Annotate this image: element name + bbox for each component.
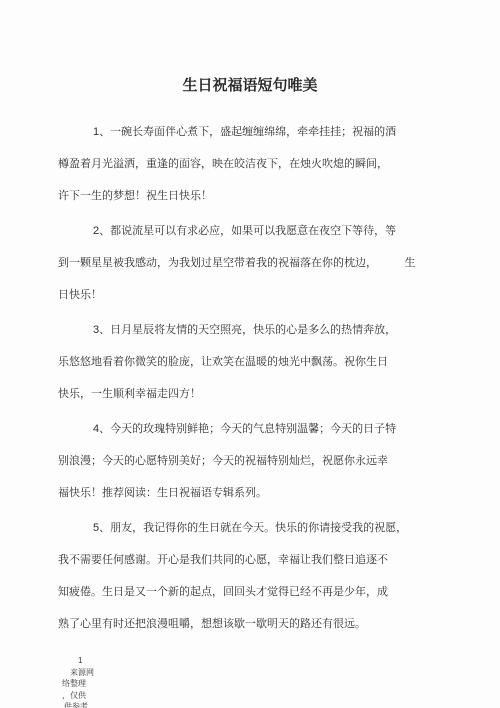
- footer-line-2: 来源网: [62, 667, 94, 679]
- paragraph-5-line-4: 熟了心里有时还把浪漫咀嚼，想想该歇一歇明天的路还有很远。: [58, 608, 500, 640]
- paragraph-2-line-3: 日快乐！: [58, 279, 500, 311]
- paragraph-2-line-2: 到一颗星星被我感动，为我划过星空带着我的祝福落在你的枕边， 生: [58, 247, 500, 279]
- footer-line-5: 供参考: [62, 701, 94, 708]
- footer-line-3: 络整理: [62, 678, 94, 690]
- paragraph-5-line-3: 知疲倦。生日是又一个新的起点，回回头才觉得已经不再是少年，成: [58, 576, 500, 608]
- paragraph-5: 5、朋友，我记得你的生日就在今天。快乐的你请接受我的祝愿， 我不需要任何感谢。开…: [58, 512, 500, 640]
- paragraph-4-line-3: 福快乐！推荐阅读：生日祝福语专辑系列。: [58, 477, 500, 509]
- paragraph-3: 3、日月星辰将友情的天空照亮，快乐的心是多么的热情奔放， 乐悠悠地看着你微笑的脸…: [58, 314, 500, 410]
- paragraph-3-line-2: 乐悠悠地看着你微笑的脸庞，让欢笑在温暖的烛光中飘荡。祝你生日: [58, 346, 500, 378]
- paragraph-5-line-2: 我不需要任何感谢。开心是我们共同的心愿，幸福让我们整日追逐不: [58, 544, 500, 576]
- paragraph-1-line-2: 樽盈着月光溢洒，重逢的面容，映在皎洁夜下，在烛火吹熄的瞬间，: [58, 148, 500, 180]
- paragraph-3-line-3: 快乐，一生顺利幸福走四方！: [58, 378, 500, 410]
- document-body: 1、一碗长寿面伴心煮下，盛起缠缠绵绵，牵牵挂挂；祝福的酒 樽盈着月光溢洒，重逢的…: [0, 116, 500, 640]
- document-page: 生日祝福语短句唯美 1、一碗长寿面伴心煮下，盛起缠缠绵绵，牵牵挂挂；祝福的酒 樽…: [0, 0, 500, 708]
- paragraph-1-line-3: 许下一生的梦想！祝生日快乐！: [58, 180, 500, 212]
- page-title: 生日祝福语短句唯美: [0, 0, 500, 95]
- paragraph-2-line-1: 2、都说流星可以有求必应，如果可以我愿意在夜空下等待，等: [58, 215, 500, 247]
- footer-line-1: 1: [62, 655, 94, 667]
- paragraph-4-line-1: 4、今天的玫瑰特别鲜艳；今天的气息特别温馨；今天的日子特: [58, 413, 500, 445]
- footer-line-4: ，仅供: [62, 690, 94, 702]
- paragraph-5-line-1: 5、朋友，我记得你的生日就在今天。快乐的你请接受我的祝愿，: [58, 512, 500, 544]
- paragraph-1: 1、一碗长寿面伴心煮下，盛起缠缠绵绵，牵牵挂挂；祝福的酒 樽盈着月光溢洒，重逢的…: [58, 116, 500, 212]
- paragraph-4-line-2: 别浪漫；今天的心愿特别美好；今天的祝福特别灿烂，祝愿你永远幸: [58, 445, 500, 477]
- paragraph-3-line-1: 3、日月星辰将友情的天空照亮，快乐的心是多么的热情奔放，: [58, 314, 500, 346]
- paragraph-2: 2、都说流星可以有求必应，如果可以我愿意在夜空下等待，等 到一颗星星被我感动，为…: [58, 215, 500, 311]
- paragraph-1-line-1: 1、一碗长寿面伴心煮下，盛起缠缠绵绵，牵牵挂挂；祝福的酒: [58, 116, 500, 148]
- paragraph-4: 4、今天的玫瑰特别鲜艳；今天的气息特别温馨；今天的日子特 别浪漫；今天的心愿特别…: [58, 413, 500, 509]
- footer-source-note: 1 来源网 络整理 ，仅供 供参考: [62, 655, 94, 708]
